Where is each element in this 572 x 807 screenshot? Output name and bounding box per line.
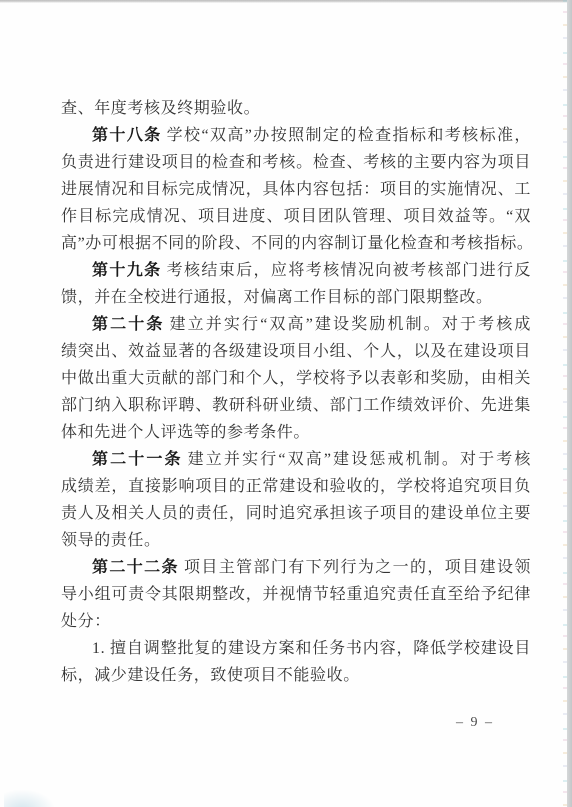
text-run: 标，减少建设任务，致使项目不能验收。: [61, 667, 360, 684]
text-run: 负责进行建设项目的检查和考核。检查、考核的主要内容为项目: [61, 154, 531, 171]
text-run: 建立并实行“双高”建设惩戒机制。对于考核: [188, 451, 531, 468]
scan-corner-smudge: [4, 789, 56, 807]
scan-top-edge: [0, 0, 572, 3]
text-run: 中做出重大贡献的部门和个人，学校将予以表彰和奖励，由相关: [61, 370, 531, 387]
text-run: 馈，并在全校进行通报，对偏离工作目标的部门限期整改。: [61, 289, 493, 306]
document-body-text: 查、年度考核及终期验收。第十八条学校“双高”办按照制定的检查指标和考核标准，负责…: [61, 95, 531, 689]
text-line: 馈，并在全校进行通报，对偏离工作目标的部门限期整改。: [61, 284, 531, 311]
text-line: 作目标完成情况、项目进度、项目团队管理、项目效益等。“双: [61, 203, 531, 230]
text-run: 导小组可责令其限期整改，并视情节轻重追究责任直至给予纪律: [61, 586, 531, 603]
text-line: 导小组可责令其限期整改，并视情节轻重追究责任直至给予纪律: [61, 581, 531, 608]
text-run: 建立并实行“双高”建设奖励机制。对于考核成: [170, 316, 531, 333]
text-line: 体和先进个人评选等的参考条件。: [61, 419, 531, 446]
text-line: 标，减少建设任务，致使项目不能验收。: [61, 662, 531, 689]
text-line: 负责进行建设项目的检查和考核。检查、考核的主要内容为项目: [61, 149, 531, 176]
text-line: 成绩差，直接影响项目的正常建设和验收的，学校将追究项目负: [61, 473, 531, 500]
text-line: 领导的责任。: [61, 527, 531, 554]
text-run: 考核结束后，应将考核情况向被考核部门进行反: [167, 262, 531, 279]
text-line: 第二十条建立并实行“双高”建设奖励机制。对于考核成: [61, 311, 531, 338]
text-run: 绩突出、效益显著的各级建设项目小组、个人，以及在建设项目: [61, 343, 531, 360]
text-line: 中做出重大贡献的部门和个人，学校将予以表彰和奖励，由相关: [61, 365, 531, 392]
scanned-document-page: 查、年度考核及终期验收。第十八条学校“双高”办按照制定的检查指标和考核标准，负责…: [0, 0, 572, 807]
text-line: 绩突出、效益显著的各级建设项目小组、个人，以及在建设项目: [61, 338, 531, 365]
text-line: 第十八条学校“双高”办按照制定的检查指标和考核标准，: [61, 122, 531, 149]
text-line: 第十九条考核结束后，应将考核情况向被考核部门进行反: [61, 257, 531, 284]
text-line: 部门纳入职称评聘、教研科研业绩、部门工作绩效评价、先进集: [61, 392, 531, 419]
text-run: 查、年度考核及终期验收。: [61, 100, 260, 117]
text-run: 部门纳入职称评聘、教研科研业绩、部门工作绩效评价、先进集: [61, 397, 531, 414]
text-line: 处分：: [61, 608, 531, 635]
text-line: 查、年度考核及终期验收。: [61, 95, 531, 122]
text-run: 领导的责任。: [61, 532, 161, 549]
scan-right-edge: [567, 0, 572, 807]
text-run: 处分：: [61, 613, 111, 630]
text-run: 学校“双高”办按照制定的检查指标和考核标准，: [167, 127, 531, 144]
text-line: 责人及相关人员的责任，同时追究承担该子项目的建设单位主要: [61, 500, 531, 527]
article-number: 第二十二条: [92, 559, 179, 576]
text-run: 高”办可根据不同的阶段、不同的内容制订量化检查和考核指标。: [61, 235, 534, 252]
text-run: 责人及相关人员的责任，同时追究承担该子项目的建设单位主要: [61, 505, 531, 522]
page-number: – 9 –: [438, 715, 512, 731]
text-run: 体和先进个人评选等的参考条件。: [61, 424, 310, 441]
text-run: 1. 擅自调整批复的建设方案和任务书内容，降低学校建设目: [92, 640, 531, 657]
text-line: 进展情况和目标完成情况，具体内容包括：项目的实施情况、工: [61, 176, 531, 203]
text-line: 第二十一条建立并实行“双高”建设惩戒机制。对于考核: [61, 446, 531, 473]
text-line: 第二十二条项目主管部门有下列行为之一的，项目建设领: [61, 554, 531, 581]
article-number: 第十九条: [92, 262, 162, 279]
article-number: 第十八条: [92, 127, 162, 144]
text-run: 成绩差，直接影响项目的正常建设和验收的，学校将追究项目负: [61, 478, 531, 495]
text-run: 项目主管部门有下列行为之一的，项目建设领: [184, 559, 531, 576]
text-run: 进展情况和目标完成情况，具体内容包括：项目的实施情况、工: [61, 181, 531, 198]
text-line: 1. 擅自调整批复的建设方案和任务书内容，降低学校建设目: [61, 635, 531, 662]
text-line: 高”办可根据不同的阶段、不同的内容制订量化检查和考核指标。: [61, 230, 531, 257]
article-number: 第二十一条: [92, 451, 183, 468]
text-run: 作目标完成情况、项目进度、项目团队管理、项目效益等。“双: [61, 208, 531, 225]
article-number: 第二十条: [92, 316, 165, 333]
